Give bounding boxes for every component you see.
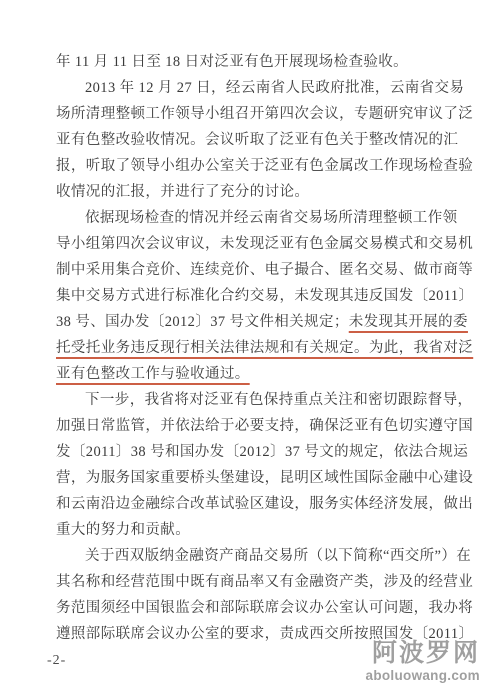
text-line: 重大的努力和贡献。	[56, 517, 450, 543]
underlined-text: 亚有色整改工作与验收通过。	[56, 366, 250, 382]
text-line: 务范围须经中国银监会和部际联席会议办公室认可问题，我办将	[56, 595, 450, 621]
text-segment: 报，听取了领导小组办公室关于泛亚有色金属改工作现场检查验	[56, 158, 473, 174]
text-line: 38 号、国办发〔2012〕37 号文件相关规定；未发现其开展的委	[56, 309, 450, 335]
document-text: 年 11 月 11 日至 18 日对泛亚有色开展现场检查验收。2013 年 12…	[56, 49, 450, 647]
text-line: 依据现场检查的情况并经云南省交易场所清理整顿工作领	[56, 205, 450, 231]
text-line: 亚有色整改工作与验收通过。	[56, 361, 450, 387]
text-line: 其名称和经营范围中既有商品率又有金融资产类，涉及的经营业	[56, 569, 450, 595]
text-line: 亚有色整改验收情况。会议听取了泛亚有色关于整改情况的汇	[56, 127, 450, 153]
text-line: 场所清理整顿工作领导小组召开第四次会议，专题研究审议了泛	[56, 101, 450, 127]
text-line: 托受托业务违反现行相关法律法规和有关规定。为此，我省对泛	[56, 335, 450, 361]
underlined-text: 未发现其开展的委	[349, 314, 468, 330]
text-line: 2013 年 12 月 27 日，经云南省人民政府批准，云南省交易	[56, 75, 450, 101]
text-segment: 关于西双版纳金融资产商品交易所（以下简称“西交所”）在	[85, 548, 471, 564]
text-segment: 营，为服务国家重要桥头堡建设，昆明区域性国际金融中心建设	[56, 470, 473, 486]
text-line: 加强日常监管，并依法给于必要支持，确保泛亚有色切实遵守国	[56, 413, 450, 439]
text-line: 发〔2011〕38 号和国办发〔2012〕37 号文的规定，依法合规运	[56, 439, 450, 465]
text-segment: 加强日常监管，并依法给于必要支持，确保泛亚有色切实遵守国	[56, 418, 473, 434]
text-line: 收情况的汇报，并进行了充分的讨论。	[56, 179, 450, 205]
text-line: 导小组第四次会议审议，未发现泛亚有色金属交易模式和交易机	[56, 231, 450, 257]
text-line: 下一步，我省将对泛亚有色保持重点关注和密切跟踪督导，	[56, 387, 450, 413]
text-segment: 发〔2011〕38 号和国办发〔2012〕37 号文的规定，依法合规运	[56, 444, 468, 460]
watermark-domain: aboluowang.com	[366, 669, 480, 683]
text-segment: 依据现场检查的情况并经云南省交易场所清理整顿工作领	[85, 210, 458, 226]
text-line: 制中采用集合竞价、连续竞价、电子撮合、匿名交易、做市商等	[56, 257, 450, 283]
text-line: 营，为服务国家重要桥头堡建设，昆明区域性国际金融中心建设	[56, 465, 450, 491]
text-segment: 年 11 月 11 日至 18 日对泛亚有色开展现场检查验收。	[56, 54, 408, 70]
watermark-site-name: 阿波罗网	[366, 641, 480, 666]
underlined-text: 托受托业务违反现行相关法律法规和有关规定。为此，我省对泛	[56, 340, 473, 356]
text-segment: 和云南沿边金融综合改革试验区建设，服务实体经济发展，做出	[56, 496, 473, 512]
text-segment: 38 号、国办发〔2012〕37 号文件相关规定；	[56, 314, 349, 330]
text-line: 年 11 月 11 日至 18 日对泛亚有色开展现场检查验收。	[56, 49, 450, 75]
text-segment: 制中采用集合竞价、连续竞价、电子撮合、匿名交易、做市商等	[56, 262, 473, 278]
text-segment: 导小组第四次会议审议，未发现泛亚有色金属交易模式和交易机	[56, 236, 473, 252]
text-segment: 重大的努力和贡献。	[56, 522, 190, 538]
text-line: 和云南沿边金融综合改革试验区建设，服务实体经济发展，做出	[56, 491, 450, 517]
document-page: 年 11 月 11 日至 18 日对泛亚有色开展现场检查验收。2013 年 12…	[0, 0, 490, 693]
text-segment: 亚有色整改验收情况。会议听取了泛亚有色关于整改情况的汇	[56, 132, 458, 148]
text-line: 报，听取了领导小组办公室关于泛亚有色金属改工作现场检查验	[56, 153, 450, 179]
text-segment: 收情况的汇报，并进行了充分的讨论。	[56, 184, 309, 200]
page-number: -2-	[47, 653, 66, 669]
watermark: 阿波罗网 aboluowang.com	[366, 641, 480, 683]
text-segment: 其名称和经营范围中既有商品率又有金融资产类，涉及的经营业	[56, 574, 473, 590]
text-segment: 务范围须经中国银监会和部际联席会议办公室认可问题，我办将	[56, 600, 473, 616]
text-segment: 下一步，我省将对泛亚有色保持重点关注和密切跟踪督导，	[85, 392, 472, 408]
text-line: 集中交易方式进行标准化合约交易，未发现其违反国发〔2011〕	[56, 283, 450, 309]
text-segment: 集中交易方式进行标准化合约交易，未发现其违反国发〔2011〕	[56, 288, 473, 304]
text-line: 关于西双版纳金融资产商品交易所（以下简称“西交所”）在	[56, 543, 450, 569]
text-segment: 场所清理整顿工作领导小组召开第四次会议，专题研究审议了泛	[56, 106, 473, 122]
text-segment: 2013 年 12 月 27 日，经云南省人民政府批准，云南省交易	[85, 80, 464, 96]
